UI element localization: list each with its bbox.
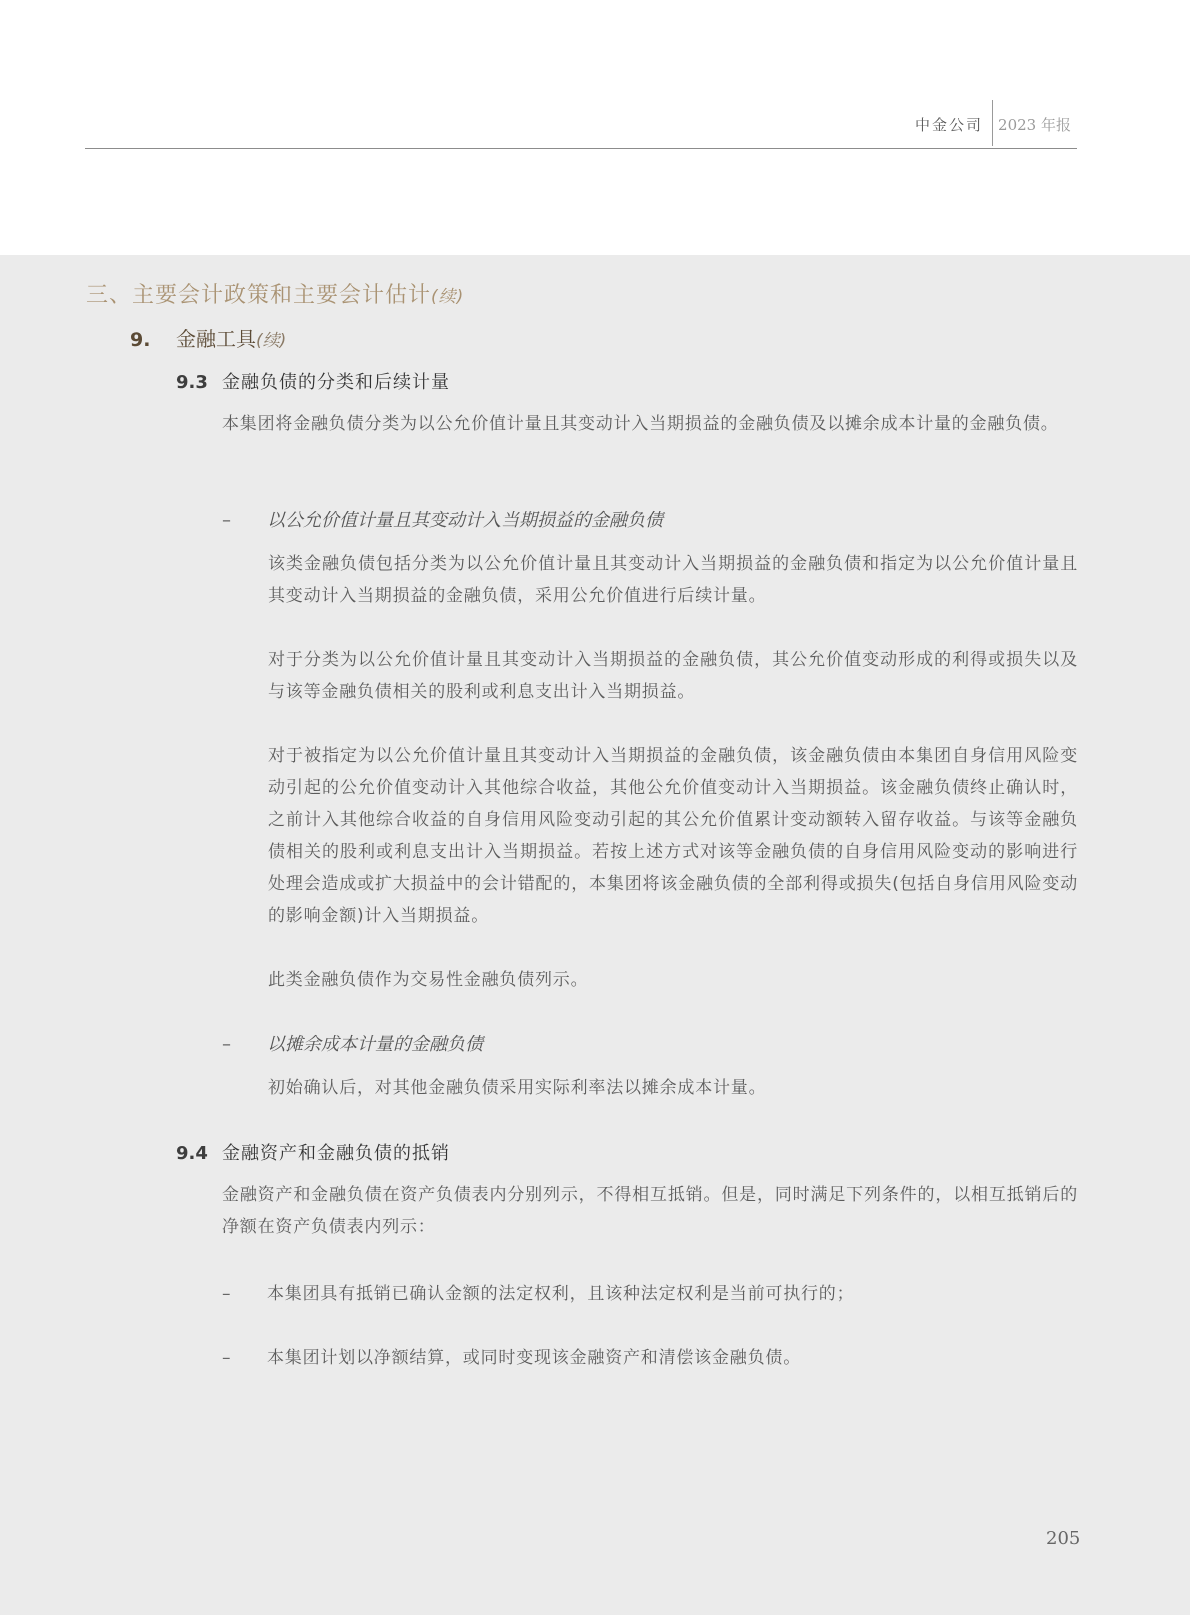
page-number: 205 [1046,1528,1080,1549]
subheading-title: 以公允价值计量且其变动计入当期损益的金融负债 [267,510,663,531]
page-header: 中金公司 2023 年报 [85,100,1077,149]
subsection-title: 金融工具 [176,327,256,351]
dash-bullet: – [222,1284,267,1304]
dash-bullet: – [222,1348,267,1368]
paragraph-fvtpl-1: 该类金融负债包括分类为以公允价值计量且其变动计入当期损益的金融负债和指定为以公允… [268,548,1078,612]
list-item: –本集团具有抵销已确认金额的法定权利，且该种法定权利是当前可执行的； [222,1279,854,1304]
continued-label: (续) [256,331,286,351]
subheading-title: 以摊余成本计量的金融负债 [267,1034,483,1055]
heading-number: 9.4 [176,1143,222,1164]
report-year: 2023 年报 [998,114,1071,135]
paragraph-fvtpl-3: 对于被指定为以公允价值计量且其变动计入当期损益的金融负债，该金融负债由本集团自身… [268,740,1078,932]
paragraph-9-3-intro: 本集团将金融负债分类为以公允价值计量且其变动计入当期损益的金融负债及以摊余成本计… [222,408,1078,440]
heading-title: 金融负债的分类和后续计量 [222,372,450,393]
heading-number: 9.3 [176,372,222,393]
heading-title: 金融资产和金融负债的抵销 [222,1143,450,1164]
subsection-heading: 9.金融工具(续) [130,323,286,352]
paragraph-9-4-intro: 金融资产和金融负债在资产负债表内分别列示，不得相互抵销。但是，同时满足下列条件的… [222,1179,1078,1243]
subheading-amortised-cost: –以摊余成本计量的金融负债 [222,1030,483,1056]
subsection-number: 9. [130,329,176,351]
paragraph-amortised-cost: 初始确认后，对其他金融负债采用实际利率法以摊余成本计量。 [268,1072,1078,1104]
heading-9-3: 9.3金融负债的分类和后续计量 [176,368,450,394]
heading-9-4: 9.4金融资产和金融负债的抵销 [176,1139,450,1165]
company-name: 中金公司 [915,114,983,135]
paragraph-fvtpl-2: 对于分类为以公允价值计量且其变动计入当期损益的金融负债，其公允价值变动形成的利得… [268,644,1078,708]
header-divider [992,100,993,146]
section-title: 三、主要会计政策和主要会计估计(续) [86,278,464,309]
list-item-text: 本集团计划以净额结算，或同时变现该金融资产和清偿该金融负债。 [267,1348,801,1368]
paragraph-fvtpl-4: 此类金融负债作为交易性金融负债列示。 [268,964,1078,996]
list-item: –本集团计划以净额结算，或同时变现该金融资产和清偿该金融负债。 [222,1343,801,1368]
dash-bullet: – [222,510,267,531]
subheading-fvtpl: –以公允价值计量且其变动计入当期损益的金融负债 [222,506,663,532]
continued-label: (续) [431,287,464,307]
dash-bullet: – [222,1034,267,1055]
section-title-text: 三、主要会计政策和主要会计估计 [86,283,431,308]
list-item-text: 本集团具有抵销已确认金额的法定权利，且该种法定权利是当前可执行的； [267,1284,854,1304]
